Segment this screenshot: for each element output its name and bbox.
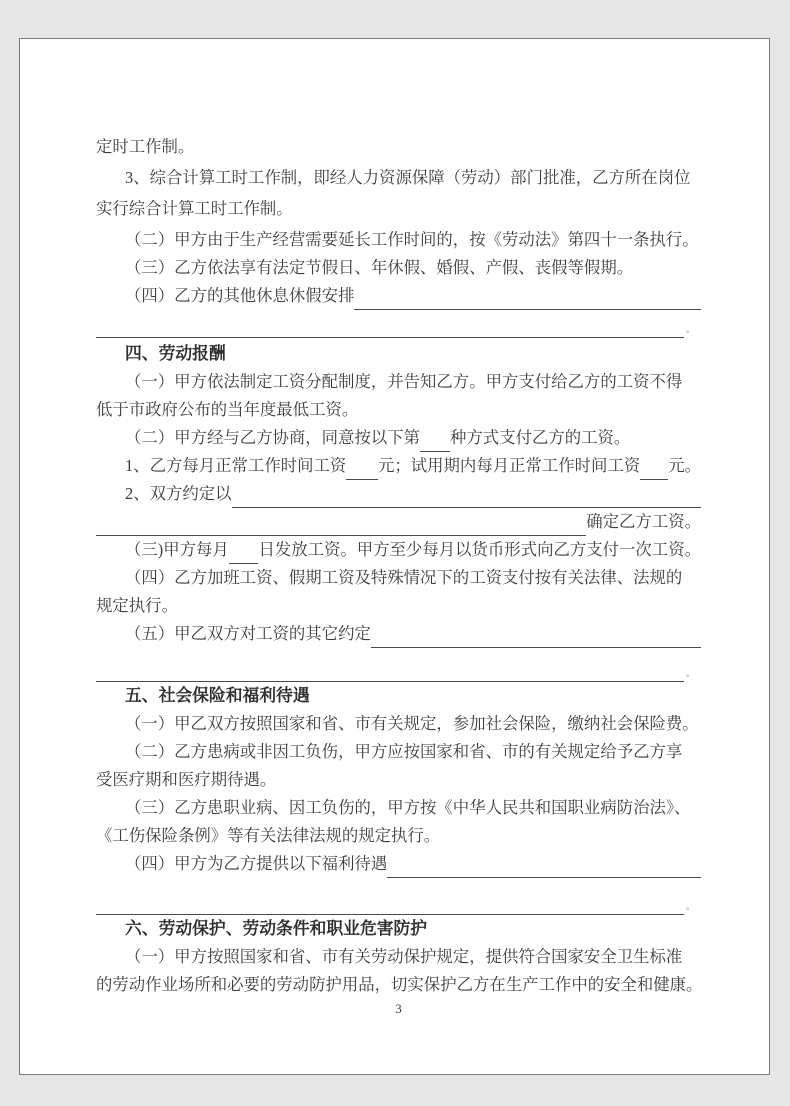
text-run: 元。 [668,452,701,480]
doc-line: 实行综合计算工时工作制。 [96,195,701,223]
text-run: （四）乙方的其他休息休假安排 [125,282,354,310]
doc-line: （一）甲方按照国家和省、市有关劳动保护规定，提供符合国家安全卫生标准 [96,943,701,971]
text-run: 确定乙方工资。 [586,508,701,536]
doc-line: 2、双方约定以 [96,480,701,508]
doc-line: 1、乙方每月正常工作时间工资元；试用期内每月正常工作时间工资元。 [96,452,701,480]
text-run: 定时工作制。 [96,133,194,161]
doc-line: （三)甲方每月日发放工资。甲方至少每月以货币形式向乙方支付一次工资。 [96,536,701,564]
doc-line: 规定执行。 [96,592,701,620]
text-run: 六、劳动保护、劳动条件和职业危害防护 [125,915,427,943]
doc-line: （五）甲乙双方对工资的其它约定 [96,620,701,648]
text-run: 五、社会保险和福利待遇 [125,682,310,710]
text-run: 2、双方约定以 [125,480,232,508]
text-run: （一）甲方按照国家和省、市有关劳动保护规定，提供符合国家安全卫生标准 [125,943,682,971]
text-run: 种方式支付乙方的工资。 [450,424,630,452]
fill-underline [96,658,684,682]
text-run: 元；试用期内每月正常工作时间工资 [378,452,640,480]
doc-line: （二）甲方由于生产经营需要延长工作时间的，按《劳动法》第四十一条执行。 [96,226,701,254]
doc-line: 受医疗期和医疗期待遇。 [96,766,701,794]
text-run: 受医疗期和医疗期待遇。 [96,766,276,794]
text-run: （四）甲方为乙方提供以下福利待遇 [125,850,387,878]
contract-page: 定时工作制。3、综合计算工时工作制，即经人力资源保障（劳动）部门批准，乙方所在岗… [19,38,770,1075]
fill-underline [232,484,701,508]
text-run: 规定执行。 [96,592,178,620]
blank-underline [640,456,668,480]
text-run: （三）乙方依法享有法定节假日、年休假、婚假、产假、丧假等假期。 [125,254,633,282]
doc-line: （四）乙方的其他休息休假安排 [96,282,701,310]
text-run: （二）甲方经与乙方协商，同意按以下第 [125,424,420,452]
fill-underline [96,314,684,338]
blank-underline [229,540,259,564]
fill-underline [371,624,701,648]
contract-body: 定时工作制。3、综合计算工时工作制，即经人力资源保障（劳动）部门批准，乙方所在岗… [96,133,701,999]
text-run: 低于市政府公布的当年度最低工资。 [96,396,358,424]
fill-in-rule-line: 。 [96,887,701,915]
text-run: （二）甲方由于生产经营需要延长工作时间的，按《劳动法》第四十一条执行。 [125,226,699,254]
text-run: 四、劳动报酬 [125,340,226,368]
text-run: 实行综合计算工时工作制。 [96,195,293,223]
fill-underline [354,286,701,310]
period-mark: 。 [684,900,695,915]
doc-line: 的劳动作业场所和必要的劳动防护用品，切实保护乙方在生产工作中的安全和健康。 [96,971,701,999]
section-heading: 五、社会保险和福利待遇 [96,682,701,710]
text-run: （一）甲方依法制定工资分配制度，并告知乙方。甲方支付给乙方的工资不得 [125,368,682,396]
text-run: （四）乙方加班工资、假期工资及特殊情况下的工资支付按有关法律、法规的 [125,564,682,592]
doc-line: （三）乙方患职业病、因工负伤的，甲方按《中华人民共和国职业病防治法》、 [96,794,701,822]
doc-line: 3、综合计算工时工作制，即经人力资源保障（劳动）部门批准，乙方所在岗位 [96,164,701,192]
fill-in-rule-line: 。 [96,310,701,338]
doc-line: 确定乙方工资。 [96,508,701,536]
text-run: （三)甲方每月 [125,536,229,564]
fill-in-rule-line: 。 [96,654,701,682]
fill-underline [387,854,701,878]
text-run: （二）乙方患病或非因工负伤，甲方应按国家和省、市的有关规定给予乙方享 [125,738,682,766]
doc-line: 《工伤保险条例》等有关法律法规的规定执行。 [96,822,701,850]
fill-underline [96,891,684,915]
page-number: 3 [96,1000,701,1018]
text-run: （五）甲乙双方对工资的其它约定 [125,620,371,648]
text-run: 3、综合计算工时工作制，即经人力资源保障（劳动）部门批准，乙方所在岗位 [125,164,690,192]
text-run: 的劳动作业场所和必要的劳动防护用品，切实保护乙方在生产工作中的安全和健康。 [96,971,701,999]
text-run: 日发放工资。甲方至少每月以货币形式向乙方支付一次工资。 [258,536,701,564]
blank-underline [420,428,450,452]
text-run: 1、乙方每月正常工作时间工资 [125,452,346,480]
section-heading: 四、劳动报酬 [96,340,701,368]
period-mark: 。 [684,323,695,338]
text-run: （三）乙方患职业病、因工负伤的，甲方按《中华人民共和国职业病防治法》、 [125,794,690,822]
period-mark: 。 [684,667,695,682]
text-run: 《工伤保险条例》等有关法律法规的规定执行。 [96,822,440,850]
section-heading: 六、劳动保护、劳动条件和职业危害防护 [96,915,701,943]
blank-underline [346,456,378,480]
doc-line: （一）甲方依法制定工资分配制度，并告知乙方。甲方支付给乙方的工资不得 [96,368,701,396]
doc-line: （三）乙方依法享有法定节假日、年休假、婚假、产假、丧假等假期。 [96,254,701,282]
doc-line: （四）乙方加班工资、假期工资及特殊情况下的工资支付按有关法律、法规的 [96,564,701,592]
doc-line: 低于市政府公布的当年度最低工资。 [96,396,701,424]
fill-underline [96,512,586,536]
doc-line: （一）甲乙双方按照国家和省、市有关规定，参加社会保险，缴纳社会保险费。 [96,710,701,738]
doc-line: （二）乙方患病或非因工负伤，甲方应按国家和省、市的有关规定给予乙方享 [96,738,701,766]
doc-line: 定时工作制。 [96,133,701,161]
text-run: （一）甲乙双方按照国家和省、市有关规定，参加社会保险，缴纳社会保险费。 [125,710,699,738]
doc-line: （四）甲方为乙方提供以下福利待遇 [96,850,701,878]
doc-line: （二）甲方经与乙方协商，同意按以下第种方式支付乙方的工资。 [96,424,701,452]
